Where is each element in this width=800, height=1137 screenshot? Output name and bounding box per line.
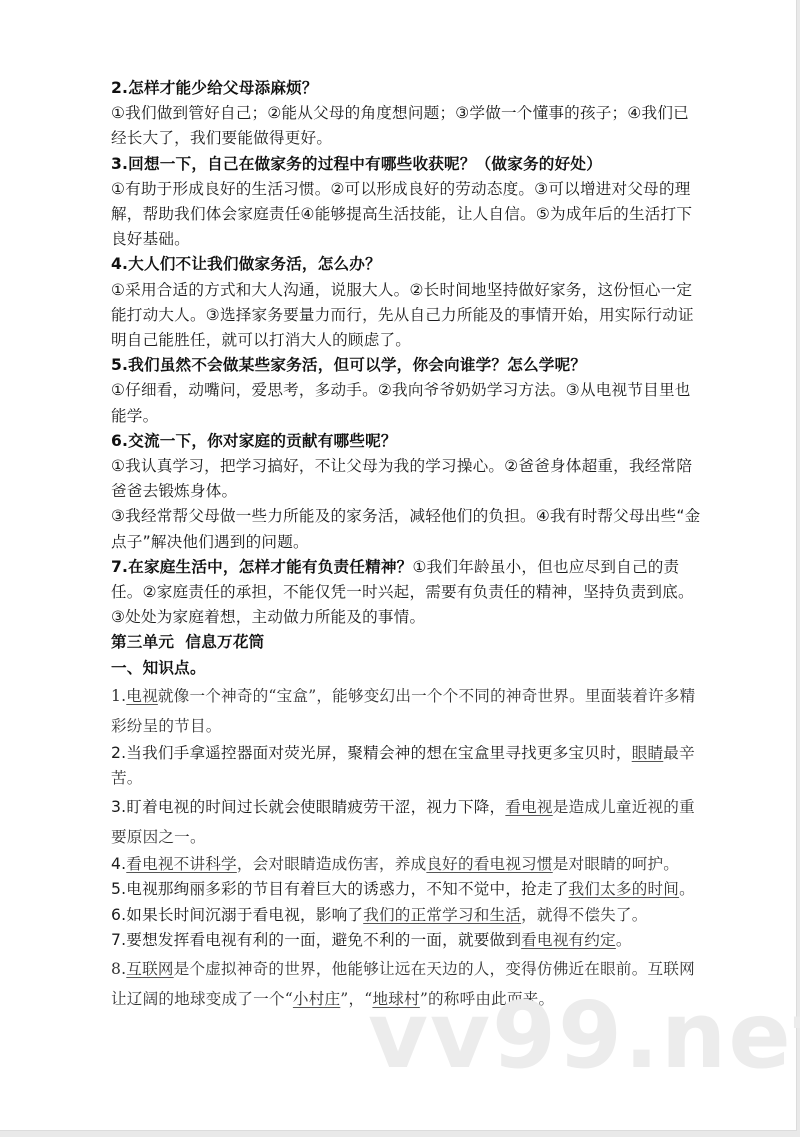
item-text: 3.盯着电视的时间过长就会使眼睛疲劳干涩，视力下降， <box>111 798 505 816</box>
key-term: 互联网 <box>126 960 173 978</box>
item-text: ，会对眼睛造成伤害，养成 <box>237 855 427 873</box>
knowledge-item-2: 2.当我们手拿遥控器面对荧光屏，聚精会神的想在宝盒里寻找更多宝贝时，眼睛最辛苦。 <box>111 741 703 792</box>
key-term: 我们太多的时间 <box>569 880 680 898</box>
question-4: 4.大人们不让我们做家务活，怎么办？ <box>111 252 703 277</box>
key-term: 看电视有约定 <box>521 931 616 949</box>
knowledge-item-1: 1.电视就像一个神奇的“宝盒”，能够变幻出一个个不同的神奇世界。里面装着许多精彩… <box>111 681 703 741</box>
key-term: 良好的看电视习惯 <box>426 855 552 873</box>
answer-3: ①有助于形成良好的生活习惯。②可以形成良好的劳动态度。③可以增进对父母的理解，帮… <box>111 177 703 253</box>
key-term: 电视 <box>126 687 158 705</box>
answer-6b: ③我经常帮父母做一些力所能及的家务活，减轻他们的负担。④我有时帮父母出些“金点子… <box>111 504 703 554</box>
question-2: 2.怎样才能少给父母添麻烦？ <box>111 76 703 101</box>
key-term: 看电视不讲科学 <box>126 855 237 873</box>
item-text: 6.如果长时间沉溺于看电视，影响了 <box>111 906 363 924</box>
question-7-block: 7.在家庭生活中，怎样才能有负责任精神？①我们年龄虽小，但也应尽到自己的责任。②… <box>111 555 703 631</box>
question-3: 3.回想一下，自己在做家务的过程中有哪些收获呢？（做家务的好处） <box>111 152 703 177</box>
document-content: 2.怎样才能少给父母添麻烦？ ①我们做到管好自己；②能从父母的角度想问题；③学做… <box>111 76 703 1014</box>
item-text: 是对眼睛的呵护。 <box>553 855 679 873</box>
knowledge-item-4: 4.看电视不讲科学，会对眼睛造成伤害，养成良好的看电视习惯是对眼睛的呵护。 <box>111 852 703 878</box>
item-text: 。 <box>616 931 632 949</box>
item-text: 2.当我们手拿遥控器面对荧光屏，聚精会神的想在宝盒里寻找更多宝贝时， <box>111 744 632 762</box>
answer-2: ①我们做到管好自己；②能从父母的角度想问题；③学做一个懂事的孩子；④我们已经长大… <box>111 101 703 151</box>
question-5: 5.我们虽然不会做某些家务活，但可以学，你会向谁学？怎么学呢？ <box>111 353 703 378</box>
knowledge-item-6: 6.如果长时间沉溺于看电视，影响了我们的正常学习和生活，就得不偿失了。 <box>111 903 703 929</box>
item-text: ，就得不偿失了。 <box>521 906 647 924</box>
key-term: 小村庄 <box>293 990 340 1008</box>
item-text: 就像一个神奇的“宝盒”，能够变幻出一个个不同的神奇世界。里面装着许多精彩纷呈的节… <box>111 687 695 735</box>
knowledge-item-7: 7.要想发挥看电视有利的一面，避免不利的一面，就要做到看电视有约定。 <box>111 928 703 954</box>
item-text: 7.要想发挥看电视有利的一面，避免不利的一面，就要做到 <box>111 931 521 949</box>
question-7: 7.在家庭生活中，怎样才能有负责任精神？ <box>111 558 412 576</box>
item-text: 。 <box>679 880 695 898</box>
watermark: vv99.net <box>368 990 800 1082</box>
key-term: 看电视 <box>505 798 552 816</box>
item-number: 8. <box>111 960 126 978</box>
section-heading: 一、知识点。 <box>111 656 703 681</box>
unit-title: 第三单元 信息万花筒 <box>111 630 703 655</box>
answer-6a: ①我认真学习，把学习搞好，不让父母为我的学习操心。②爸爸身体超重，我经常陪爸爸去… <box>111 454 703 504</box>
item-text: 5.电视那绚丽多彩的节目有着巨大的诱惑力，不知不觉中，抢走了 <box>111 880 569 898</box>
document-page: 2.怎样才能少给父母添麻烦？ ①我们做到管好自己；②能从父母的角度想问题；③学做… <box>0 0 797 1131</box>
key-term: 眼睛 <box>632 744 664 762</box>
question-6: 6.交流一下，你对家庭的贡献有哪些呢？ <box>111 429 703 454</box>
knowledge-item-3: 3.盯着电视的时间过长就会使眼睛疲劳干涩，视力下降，看电视是造成儿童近视的重要原… <box>111 792 703 852</box>
knowledge-item-5: 5.电视那绚丽多彩的节目有着巨大的诱惑力，不知不觉中，抢走了我们太多的时间。 <box>111 877 703 903</box>
key-term: 我们的正常学习和生活 <box>363 906 521 924</box>
item-number: 1. <box>111 687 126 705</box>
answer-5: ①仔细看，动嘴问，爱思考，多动手。②我向爷爷奶奶学习方法。③从电视节目里也能学。 <box>111 378 703 428</box>
answer-4: ①采用合适的方式和大人沟通，说服大人。②长时间地坚持做好家务，这份恒心一定能打动… <box>111 278 703 354</box>
item-number: 4. <box>111 855 126 873</box>
